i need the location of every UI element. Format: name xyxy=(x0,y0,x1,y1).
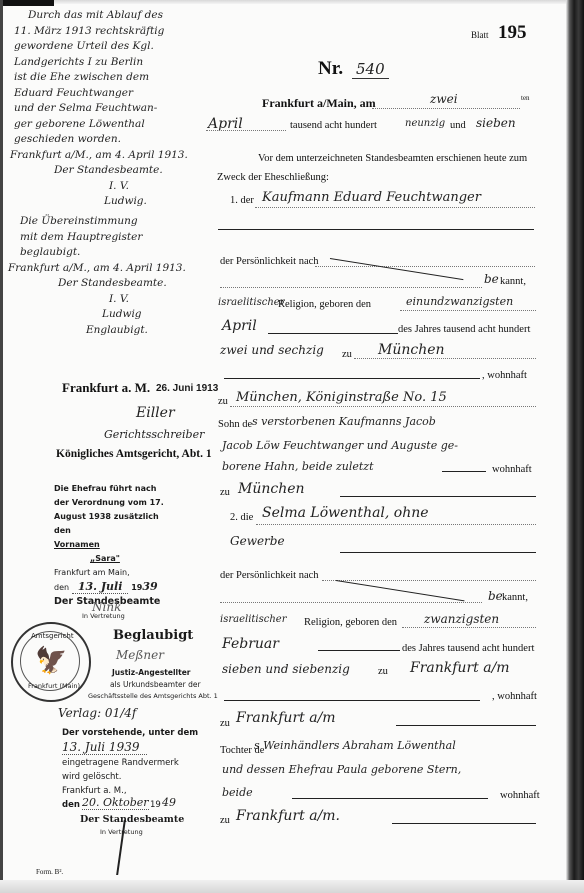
birth-day-line xyxy=(400,310,536,311)
added-name: „Sara" xyxy=(54,552,164,566)
stamp-signature: Nink xyxy=(92,600,121,614)
bride-zu: zu xyxy=(378,666,388,677)
bride-residence-rule xyxy=(224,700,480,701)
reference-note: Verlag: 01/4f xyxy=(58,706,136,720)
groom-residence: München, Königinstraße No. 15 xyxy=(236,390,447,405)
groom-identity-label: der Persönlichkeit nach xyxy=(220,256,319,267)
bride-strike-line xyxy=(336,580,465,601)
certifier-role-2: als Urkundsbeamter der xyxy=(110,680,201,689)
bride-parents-zu: zu xyxy=(220,815,230,826)
groom-known-label: kannt, xyxy=(500,276,526,287)
court-clerk-title: Gerichtsschreiber xyxy=(104,428,204,441)
certified-heading: Beglaubigt xyxy=(113,628,193,643)
deletion-date-prefix: den xyxy=(62,800,80,810)
groom-name: Kaufmann Eduard Feuchtwanger xyxy=(262,190,481,205)
deletion-line-3: wird gelöscht. xyxy=(62,772,121,782)
month-line xyxy=(206,130,286,131)
note-line: Ludwig. xyxy=(14,194,188,210)
groom-zu: zu xyxy=(342,349,352,360)
son-label: Sohn de xyxy=(218,419,252,430)
bride-birth-month: Februar xyxy=(222,636,279,652)
groom-year-label: des Jahres tausend acht hundert xyxy=(398,324,530,335)
year-and: und xyxy=(450,120,466,131)
note-line: gewordene Urteil des Kgl. xyxy=(14,39,188,55)
page-corner-shadow xyxy=(0,0,54,6)
page-top-edge xyxy=(0,0,584,4)
page-bottom-edge xyxy=(0,880,584,893)
note-line: Die Übereinstimmung xyxy=(14,214,186,230)
book-binding xyxy=(566,0,584,893)
certification-margin-note: Die Übereinstimmung mit dem Hauptregiste… xyxy=(14,214,186,338)
deletion-line-2: eingetragene Randvermerk xyxy=(62,758,179,768)
year-decade: neunzig xyxy=(405,118,445,129)
groom-religion: israelitischer xyxy=(218,297,284,308)
groom-religion-label: Religion, geboren den xyxy=(278,299,371,310)
page-left-edge xyxy=(0,0,3,893)
bride-index: 2. die xyxy=(230,512,253,523)
groom-parents-2: Jacob Löw Feuchtwanger und Auguste ge- xyxy=(222,439,458,452)
groom-known-value: be xyxy=(484,272,499,286)
stamp-line: der Verordnung vom 17. xyxy=(54,496,164,510)
note-line: mit dem Hauptregister xyxy=(14,230,186,246)
note-line: Frankfurt a/M., am 4. April 1913. xyxy=(8,261,186,277)
deletion-year: 49 xyxy=(162,796,176,809)
stamp-year: 39 xyxy=(142,580,157,593)
day-value: zwei xyxy=(430,92,458,106)
bride-parents-3: beide xyxy=(222,786,253,799)
bride-residence-zu: zu xyxy=(220,718,230,729)
bride-residence: Frankfurt a/m xyxy=(236,710,336,726)
groom-parents-zu: zu xyxy=(220,487,230,498)
groom-birth-day: einundzwanzigsten xyxy=(406,295,513,308)
note-line: Der Standesbeamte. xyxy=(14,163,188,179)
stamp-date-prefix: den xyxy=(54,583,69,592)
bride-year-label: des Jahres tausend acht hundert xyxy=(402,643,534,654)
bride-parents-2: und dessen Ehefrau Paula geborene Stern, xyxy=(222,763,461,776)
seal-text-top: Amtsgericht xyxy=(31,632,74,640)
bride-name-line xyxy=(256,524,536,525)
birth-place-line xyxy=(354,358,536,359)
bride-religion: israelitischer xyxy=(220,614,286,625)
groom-residence-zu: zu xyxy=(218,396,228,407)
divorce-margin-note: Durch das mit Ablauf des 11. März 1913 r… xyxy=(14,8,188,210)
identity-line-2 xyxy=(220,287,482,288)
bride-birth-place: Frankfurt a/m xyxy=(410,660,510,676)
stamp-place: Frankfurt am Main, xyxy=(54,566,164,580)
stamp-line: Vornamen xyxy=(54,538,164,552)
groom-birth-month: April xyxy=(222,318,257,334)
parents-rule xyxy=(442,471,486,472)
identity-line xyxy=(315,266,535,267)
note-line: und der Selma Feuchtwan- xyxy=(14,101,188,117)
form-number: Form. B². xyxy=(36,868,63,876)
note-line: ist die Ehe zwischen dem xyxy=(14,70,188,86)
purpose-text: Zweck der Eheschließung: xyxy=(217,172,329,183)
note-line: Englaubigt. xyxy=(14,323,186,339)
bride-birth-day: zwanzigsten xyxy=(424,612,499,626)
intro-text: Vor dem unterzeichneten Standesbeamten e… xyxy=(258,153,527,164)
groom-rule xyxy=(218,229,534,230)
groom-parents-res-label: wohnhaft xyxy=(492,464,532,475)
bride-parents-rule xyxy=(292,798,488,799)
certifier-role-3: Geschäftsstelle des Amtsgerichts Abt. 1 xyxy=(88,692,218,700)
birth-month-rule xyxy=(268,333,398,334)
residence-line xyxy=(230,406,536,407)
bride-month-rule xyxy=(318,650,400,651)
parents-res-rule xyxy=(340,496,536,497)
groom-parents-3: borene Hahn, beide zuletzt xyxy=(222,460,374,473)
groom-parents-residence: München xyxy=(238,481,305,497)
note-line: Der Standesbeamte. xyxy=(14,276,186,292)
groom-name-line xyxy=(255,207,535,208)
seal-text-bottom: Frankfurt (Main) xyxy=(28,682,80,690)
court-stamp-date: 26. Juni 1913 xyxy=(156,383,218,394)
note-line: ger geborene Löwenthal xyxy=(14,117,188,133)
day-suffix: ten xyxy=(521,94,530,102)
court-clerk-signature: Eiller xyxy=(136,405,175,421)
court-stamp-place: Frankfurt a. M. xyxy=(62,380,150,396)
note-line: Landgerichts I zu Berlin xyxy=(14,55,188,71)
groom-parents-1: s verstorbenen Kaufmanns Jacob xyxy=(252,415,436,428)
stamp-line: August 1938 zusätzlich den xyxy=(54,510,164,538)
note-line: Durch das mit Ablauf des xyxy=(14,8,188,24)
bride-birth-day-line xyxy=(402,627,536,628)
note-line: Ludwig xyxy=(14,307,186,323)
bride-birth-year: sieben und siebenzig xyxy=(222,662,350,676)
stamp-date: 13. Juli xyxy=(72,580,129,594)
day-line xyxy=(372,108,520,109)
blatt-number: 195 xyxy=(498,22,527,44)
groom-birth-year: zwei und sechzig xyxy=(220,343,324,357)
note-line: beglaubigt. xyxy=(14,245,186,261)
bride-identity-label: der Persönlichkeit nach xyxy=(220,570,319,581)
strike-line xyxy=(330,258,463,280)
bride-name: Selma Löwenthal, ohne xyxy=(262,505,429,521)
deletion-line-1: Der vorstehende, unter dem xyxy=(62,728,198,738)
note-line: geschieden worden. xyxy=(14,132,188,148)
record-number: 540 xyxy=(352,60,389,79)
court-name: Königliches Amtsgericht, Abt. 1 xyxy=(56,448,212,460)
certifier-signature: Meßner xyxy=(116,648,164,662)
official-signature xyxy=(116,820,156,875)
register-page: Blatt 195 Nr. 540 Durch das mit Ablauf d… xyxy=(0,0,584,893)
bride-parents-res-label: wohnhaft xyxy=(500,790,540,801)
note-line: 11. März 1913 rechtskräftig xyxy=(14,24,188,40)
bride-residence-label: , wohnhaft xyxy=(492,691,537,702)
bride-identity-line xyxy=(322,580,536,581)
year-unit: sieben xyxy=(476,116,516,130)
groom-index: 1. der xyxy=(230,195,254,206)
bride-parents-1: s Weinhändlers Abraham Löwenthal xyxy=(254,739,456,752)
bride-identity-line-2 xyxy=(220,602,482,603)
bride-parents-res-rule xyxy=(392,823,536,824)
bride-occupation: Gewerbe xyxy=(230,534,285,548)
stamp-line: Die Ehefrau führt nach xyxy=(54,482,164,496)
nr-label: Nr. xyxy=(318,58,343,80)
note-line: Eduard Feuchtwanger xyxy=(14,86,188,102)
groom-residence-label: , wohnhaft xyxy=(482,370,527,381)
deletion-year-prefix: 19 xyxy=(150,800,161,810)
eagle-emblem-icon: 🦅 xyxy=(35,646,67,676)
court-seal: Amtsgericht 🦅 Frankfurt (Main) xyxy=(11,622,91,702)
deletion-place: Frankfurt a. M., xyxy=(62,786,127,796)
note-line: I. V. xyxy=(14,292,186,308)
year-text: tausend acht hundert xyxy=(290,120,377,131)
bride-religion-label: Religion, geboren den xyxy=(304,617,397,628)
bride-res-rule xyxy=(396,725,536,726)
note-line: I. V. xyxy=(14,179,188,195)
bride-parents-residence: Frankfurt a/m. xyxy=(236,808,340,824)
certifier-role: Justiz-Angestellter xyxy=(112,668,190,677)
deletion-ref-date: 13. Juli 1939 xyxy=(62,740,147,755)
bride-known-label: kannt, xyxy=(502,592,528,603)
blatt-label: Blatt xyxy=(471,30,489,40)
residence-rule xyxy=(224,378,480,379)
stamp-year-prefix: 19 xyxy=(131,583,142,592)
note-line: Frankfurt a/M., am 4. April 1913. xyxy=(10,148,188,164)
deletion-date: 20. Oktober xyxy=(82,796,149,810)
bride-known-value: be xyxy=(488,589,503,603)
occupation-rule xyxy=(340,552,536,553)
place-label: Frankfurt a/Main, am xyxy=(262,96,376,111)
groom-birth-place: München xyxy=(378,342,445,358)
